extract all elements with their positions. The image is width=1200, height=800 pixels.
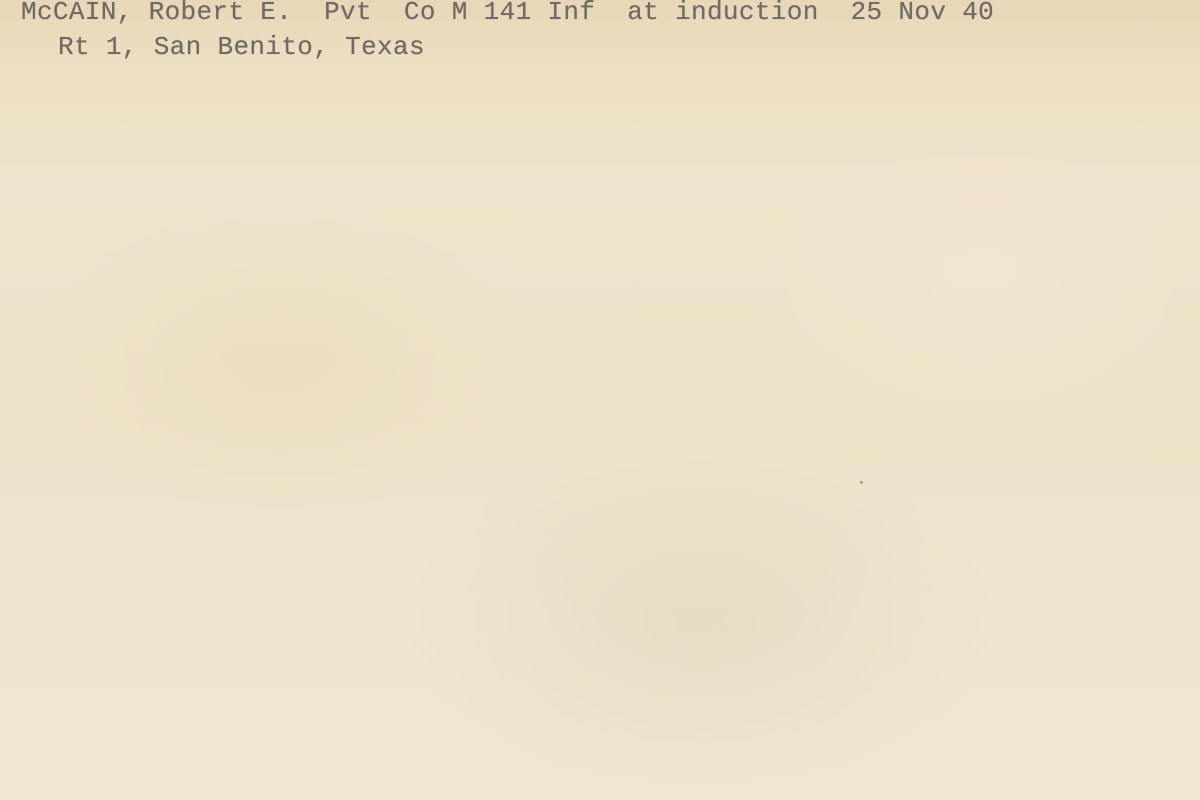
induction-date: 25 Nov 40 [851,0,995,27]
card-header-line: McCAIN, Robert E. Pvt Co M 141 Inf at in… [21,0,994,27]
soldier-name: McCAIN, Robert E. [21,0,292,27]
index-card: McCAIN, Robert E. Pvt Co M 141 Inf at in… [0,0,1200,800]
paper-speck [860,481,863,484]
unit: Co M 141 Inf [404,0,595,27]
card-address-line: Rt 1, San Benito, Texas [58,32,425,62]
address: Rt 1, San Benito, Texas [58,32,425,62]
rank: Pvt [324,0,372,27]
status: at induction [627,0,818,27]
